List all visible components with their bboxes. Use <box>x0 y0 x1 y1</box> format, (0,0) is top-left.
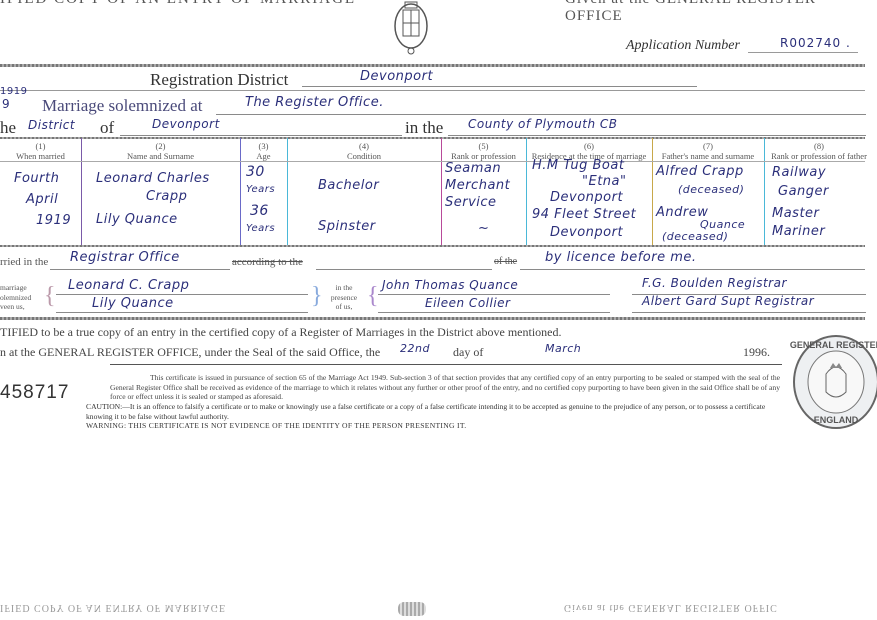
column-header-father-rank: (8)Rank or profession of father <box>764 141 874 161</box>
svg-text:GENERAL REGISTER: GENERAL REGISTER <box>790 340 877 350</box>
married-in-label: rried in the <box>0 256 48 268</box>
district-of-label: of <box>100 118 114 138</box>
issuer-header: Given at the GENERAL REGISTER OFFICE <box>565 0 877 25</box>
presence-label: in the presence of us, <box>322 283 366 312</box>
registration-district-value: Devonport <box>360 69 433 84</box>
row-number: 9 <box>2 97 10 111</box>
registration-district-label: Registration District <box>150 70 288 90</box>
witness-2-signature: Eileen Collier <box>425 296 510 310</box>
bottom-mirror-right: Given at the GENERAL REGISTER OFFIC <box>564 602 778 613</box>
by-licence-value: by licence before me. <box>545 250 697 265</box>
solemnized-label: Marriage solemnized at <box>42 96 203 116</box>
bride-profession: ~ <box>478 218 489 239</box>
certification-month: March <box>545 342 581 355</box>
certificate-title: IFIED COPY OF AN ENTRY OF MARRIAGE <box>0 0 356 8</box>
day-of-label: day of <box>453 345 483 360</box>
certification-line-2: n at the GENERAL REGISTER OFFICE, under … <box>0 345 380 360</box>
svg-text:ENGLAND: ENGLAND <box>814 415 859 425</box>
in-the-label: in the <box>405 118 443 138</box>
groom-age: 30 Years <box>246 163 275 199</box>
bride-father-profession: Master Mariner <box>772 205 825 241</box>
district-of-value: Devonport <box>152 117 220 131</box>
witness-1-signature: John Thomas Quance <box>382 278 518 292</box>
supt-registrar-signature: Albert Gard Supt Registrar <box>642 294 814 308</box>
column-header-when-married: (1)When married <box>0 141 81 161</box>
application-number-label: Application Number <box>626 38 740 54</box>
groom-profession: Seaman Merchant Service <box>445 160 510 211</box>
when-married: Fourth April 1919 <box>14 168 71 231</box>
bottom-crest-icon <box>398 602 426 616</box>
royal-crest-icon <box>393 0 429 56</box>
application-number: R002740 . <box>780 36 851 50</box>
bride-age: 36 Years <box>246 202 275 238</box>
column-header-condition: (4)Condition <box>287 141 441 161</box>
caution-text: CAUTION:—It is an offence to falsify a c… <box>86 402 780 421</box>
certification-day: 22nd <box>400 342 430 355</box>
column-header-age: (3)Age <box>240 141 287 161</box>
bride-condition: Spinster <box>318 216 376 237</box>
of-the-label: of the <box>494 256 517 267</box>
year-note: 1919 <box>0 86 27 97</box>
column-header-rank: (5)Rank or profession <box>441 141 526 161</box>
registrar-signature: F.G. Boulden Registrar <box>642 276 787 290</box>
marriage-between-label: marriage olemnized veen us, <box>0 283 31 312</box>
groom-residence: H.M Tug Boat "Etna" Devonport <box>532 158 626 206</box>
according-label: according to the <box>232 256 303 268</box>
column-header-father-name: (7)Father's name and surname <box>652 141 764 161</box>
bride-father-name: Andrew Quance (deceased) <box>656 207 745 243</box>
groom-father-profession: Railway Ganger <box>772 163 829 201</box>
groom-father-name: Alfred Crapp (deceased) <box>656 163 744 199</box>
warning-text: WARNING: THIS CERTIFICATE IS NOT EVIDENC… <box>86 421 466 430</box>
column-header-name: (2)Name and Surname <box>81 141 240 161</box>
bride-name: Lily Quance <box>96 209 178 230</box>
certification-year: 1996. <box>743 345 770 360</box>
groom-name: Leonard Charles Crapp <box>96 168 210 205</box>
general-register-office-seal-icon: GENERAL REGISTER ENGLAND <box>790 332 877 432</box>
solemnized-value: The Register Office. <box>245 95 384 110</box>
bride-residence: 94 Fleet Street Devonport <box>532 206 636 242</box>
legal-paragraph: This certificate is issued in pursuance … <box>110 373 780 402</box>
bride-signature: Lily Quance <box>92 296 174 311</box>
serial-number: 458717 <box>0 382 69 404</box>
county-value: County of Plymouth CB <box>468 117 617 131</box>
bottom-mirror-left: IFIED COPY OF AN ENTRY OF MARRIAGE <box>0 602 226 613</box>
district-word: District <box>28 118 75 132</box>
groom-signature: Leonard C. Crapp <box>68 278 189 293</box>
certification-line-1: TIFIED to be a true copy of an entry in … <box>0 325 561 340</box>
married-in-value: Registrar Office <box>70 250 180 265</box>
groom-condition: Bachelor <box>318 175 379 196</box>
district-prefix: he <box>0 118 16 138</box>
